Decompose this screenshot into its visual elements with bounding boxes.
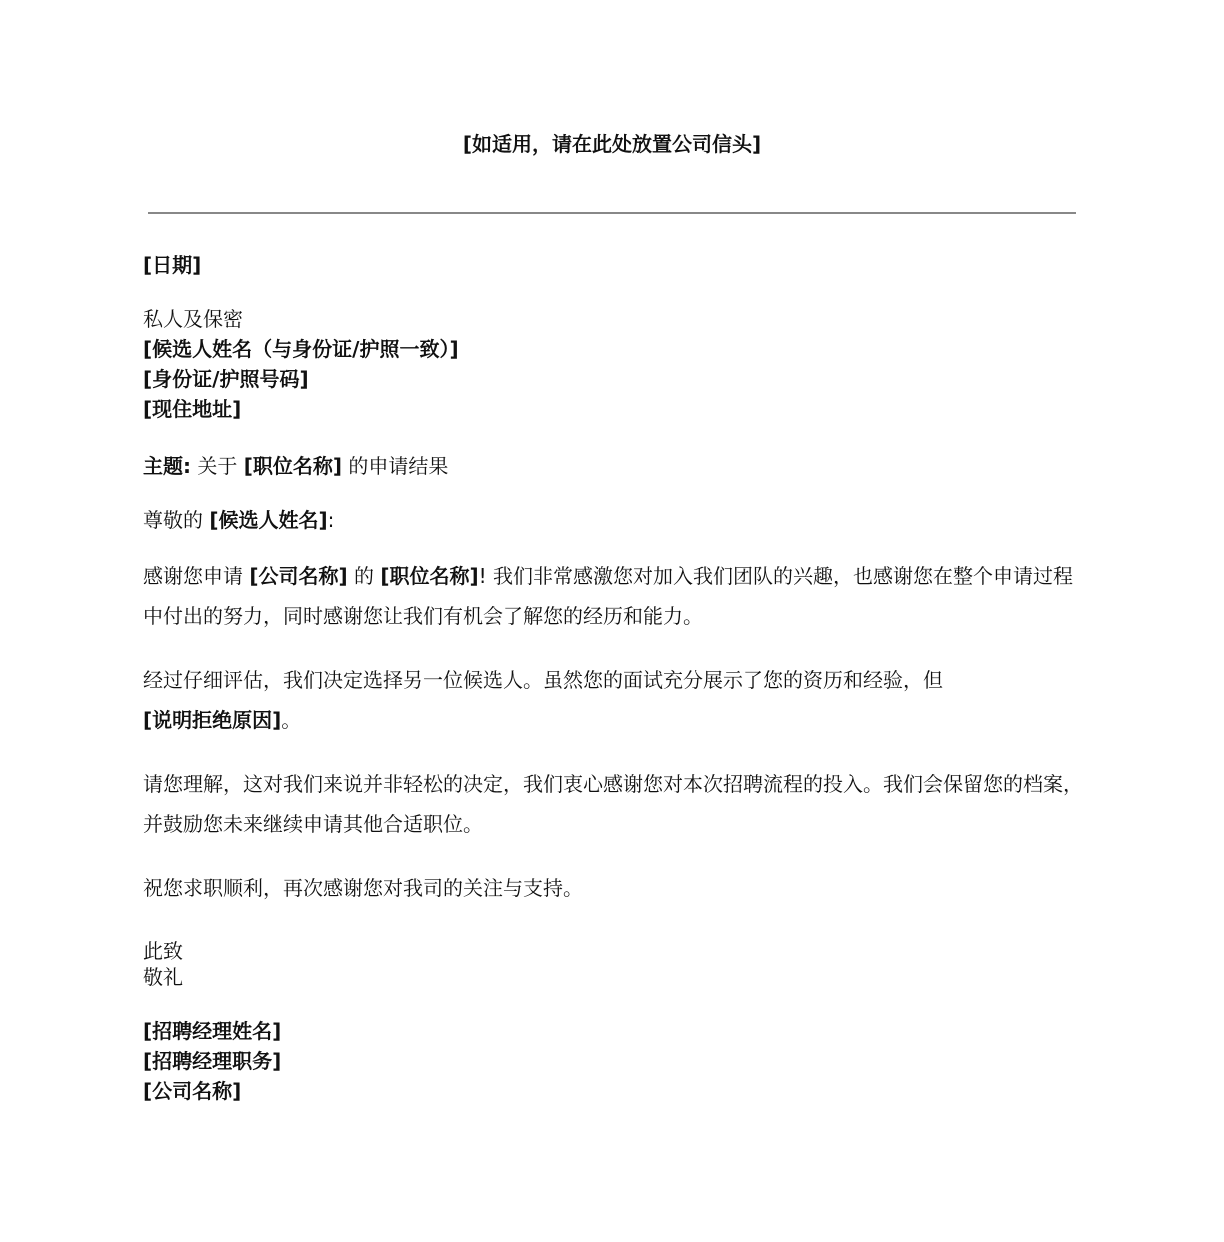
candidate-address: [现住地址] xyxy=(143,394,1088,424)
salutation-name: [候选人姓名] xyxy=(209,508,327,532)
subject-line: 主题: 关于 [职位名称] 的申请结果 xyxy=(143,451,1088,481)
closing-line-1: 此致 xyxy=(143,938,1088,964)
paragraph-decision: 经过仔细评估，我们决定选择另一位候选人。虽然您的面试充分展示了您的资历和经验，但… xyxy=(143,660,1088,740)
confidential-label: 私人及保密 xyxy=(143,304,1088,334)
subject-label: 主题: xyxy=(143,454,191,478)
manager-name: [招聘经理姓名] xyxy=(143,1016,1088,1046)
recipient-block: 私人及保密 [候选人姓名（与身份证/护照一致）] [身份证/护照号码] [现住地… xyxy=(143,304,1088,424)
closing-block: 此致 敬礼 xyxy=(143,938,1088,990)
salutation-prefix: 尊敬的 xyxy=(143,508,209,532)
signature-company: [公司名称] xyxy=(143,1076,1088,1106)
paragraph-thanks: 感谢您申请 [公司名称] 的 [职位名称]! 我们非常感激您对加入我们团队的兴趣… xyxy=(143,556,1088,636)
salutation-suffix: : xyxy=(328,508,335,532)
subject-prefix: 关于 xyxy=(191,454,244,478)
p1-text-2: 的 xyxy=(348,564,381,588)
subject-position: [职位名称] xyxy=(244,454,342,478)
header-divider xyxy=(148,212,1076,214)
signature-block: [招聘经理姓名] [招聘经理职务] [公司名称] xyxy=(143,1016,1088,1106)
p1-position: [职位名称] xyxy=(380,564,478,588)
salutation: 尊敬的 [候选人姓名]: xyxy=(143,505,1088,535)
candidate-full-name: [候选人姓名（与身份证/护照一致）] xyxy=(143,334,1088,364)
date-placeholder: [日期] xyxy=(143,250,1088,280)
p2-end: 。 xyxy=(281,708,301,732)
manager-title: [招聘经理职务] xyxy=(143,1046,1088,1076)
paragraph-wishes: 祝您求职顺利，再次感谢您对我司的关注与支持。 xyxy=(143,873,1088,903)
p2-reason: [说明拒绝原因] xyxy=(143,708,281,732)
candidate-id-number: [身份证/护照号码] xyxy=(143,364,1088,394)
paragraph-understanding: 请您理解，这对我们来说并非轻松的决定，我们衷心感谢您对本次招聘流程的投入。我们会… xyxy=(143,764,1088,844)
letter-page: [如适用，请在此处放置公司信头] [日期] 私人及保密 [候选人姓名（与身份证/… xyxy=(0,0,1224,1242)
closing-line-2: 敬礼 xyxy=(143,964,1088,990)
p1-company: [公司名称] xyxy=(249,564,347,588)
letterhead-placeholder: [如适用，请在此处放置公司信头] xyxy=(0,130,1224,158)
subject-suffix: 的申请结果 xyxy=(342,454,448,478)
p2-text: 经过仔细评估，我们决定选择另一位候选人。虽然您的面试充分展示了您的资历和经验，但 xyxy=(143,668,943,692)
p1-text-1: 感谢您申请 xyxy=(143,564,249,588)
